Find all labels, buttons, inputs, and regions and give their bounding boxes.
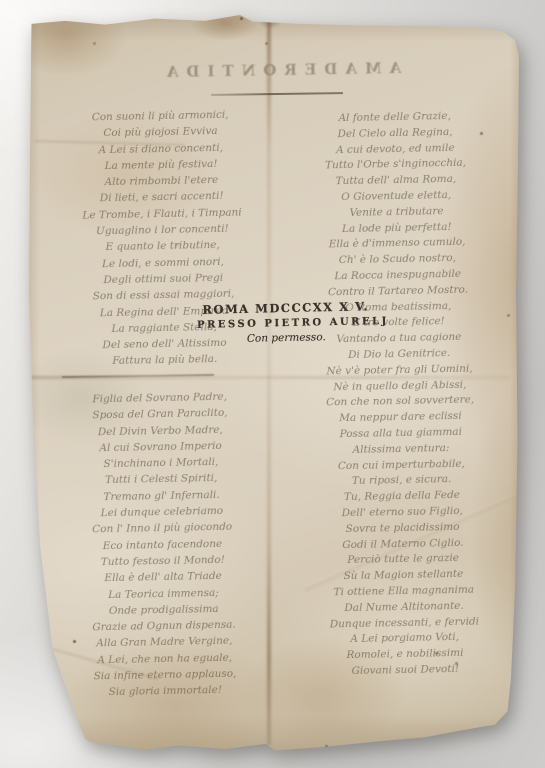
- imprint-block: ROMA MDCCCXX X V. PRESSO PIETRO AURELJ C…: [197, 299, 376, 346]
- paper-sheet: AMADERONTIDA Con suoni li più armonici,C…: [25, 12, 525, 752]
- imprint-publisher-line: PRESSO PIETRO AURELJ: [197, 316, 375, 331]
- verse-column-left-lower: Figlia del Sovrano Padre,Sposa del Gran …: [52, 388, 273, 702]
- imprint-place-line: ROMA MDCCCXX X V.: [197, 299, 375, 317]
- verse-column-right: Al fonte delle Grazie,Del Cielo alla Reg…: [290, 108, 511, 681]
